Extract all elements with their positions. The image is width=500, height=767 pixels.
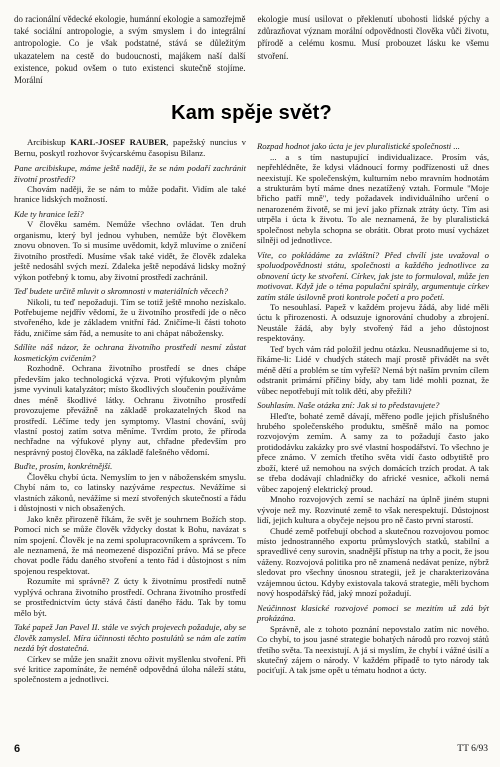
answer-paragraph: To nesouhlasí. Papež v každém projevu žá… [257,302,489,344]
question-paragraph: Víte, co pokládáme za zvláštní? Před chv… [257,250,489,302]
page-number: 6 [14,743,20,755]
answer-paragraph: Správně, ale z tohoto poznání nepovstalo… [257,624,489,676]
answer-paragraph: Člověku chybí úcta. Nemyslím to jen v ná… [14,472,246,514]
answer-paragraph: Rozhodně. Ochrana životního prostředí se… [14,363,246,457]
answer-paragraph: Mnoho rozvojových zemí se nachází na úpl… [257,494,489,525]
answer-paragraph: Jako kněz přirozeně říkám, že svět je so… [14,514,246,577]
bold-text: KARL-JOSEF RAUBER [70,137,166,147]
question-paragraph: Sdílíte náš názor, že ochrana životního … [14,342,246,363]
question-paragraph: Buďte, prosím, konkrétnější. [14,461,246,471]
plain-text: Arcibiskup [27,137,70,147]
issue-label: TT 6/93 [457,744,488,754]
question-paragraph: Teď budete určitě mluvit o skromnosti v … [14,286,246,296]
question-paragraph: Pane arcibiskupe, máme ještě naději, že … [14,163,246,184]
answer-paragraph: ... a s tím nastupující individualizace.… [257,152,489,246]
answer-paragraph: Rozumíte mi správně? Z úcty k životnímu … [14,576,246,618]
article-left-column: Arcibiskup KARL-JOSEF RAUBER, papežský n… [14,137,246,685]
question-paragraph: Kde ty hranice leží? [14,209,246,219]
article-columns: Arcibiskup KARL-JOSEF RAUBER, papežský n… [14,137,489,685]
answer-paragraph: Hleďte, bohaté země dávají, měřeno podle… [257,411,489,495]
answer-paragraph: V člověku samém. Nemůže všechno ovládat.… [14,219,246,282]
magazine-page: do racionální vědecké ekologie, humánní … [0,0,500,767]
answer-paragraph: Církev se může jen snažit znovu oživit m… [14,654,246,685]
article-right-column: Rozpad hodnot jako úcta je jev pluralist… [257,137,489,685]
question-paragraph: Také papež Jan Pavel II. stále ve svých … [14,622,246,653]
question-paragraph: Souhlasím. Naše otázka zní: Jak si to př… [257,400,489,410]
answer-paragraph: Nikoli, tu teď nepožaduji. Tím se totiž … [14,297,246,339]
italic-text: respectus [160,482,193,492]
preamble-left-column: do racionální vědecké ekologie, humánní … [14,13,246,86]
preamble-right-column: ekologie musí usilovat o překlenutí uboh… [258,13,490,86]
question-paragraph: Rozpad hodnot jako úcta je jev pluralist… [257,141,489,151]
preamble-columns: do racionální vědecké ekologie, humánní … [14,13,489,86]
page-content: do racionální vědecké ekologie, humánní … [0,0,500,685]
answer-paragraph: Chudé země potřebují obchod a skutečnou … [257,526,489,599]
answer-paragraph: Chovám naději, že se nám to může podařit… [14,184,246,205]
answer-paragraph: Teď bych vám rád položil jednu otázku. N… [257,344,489,396]
intro-paragraph: Arcibiskup KARL-JOSEF RAUBER, papežský n… [14,137,246,158]
article-title: Kam spěje svět? [14,102,489,125]
question-paragraph: Neúčinnost klasické rozvojové pomoci se … [257,603,489,624]
